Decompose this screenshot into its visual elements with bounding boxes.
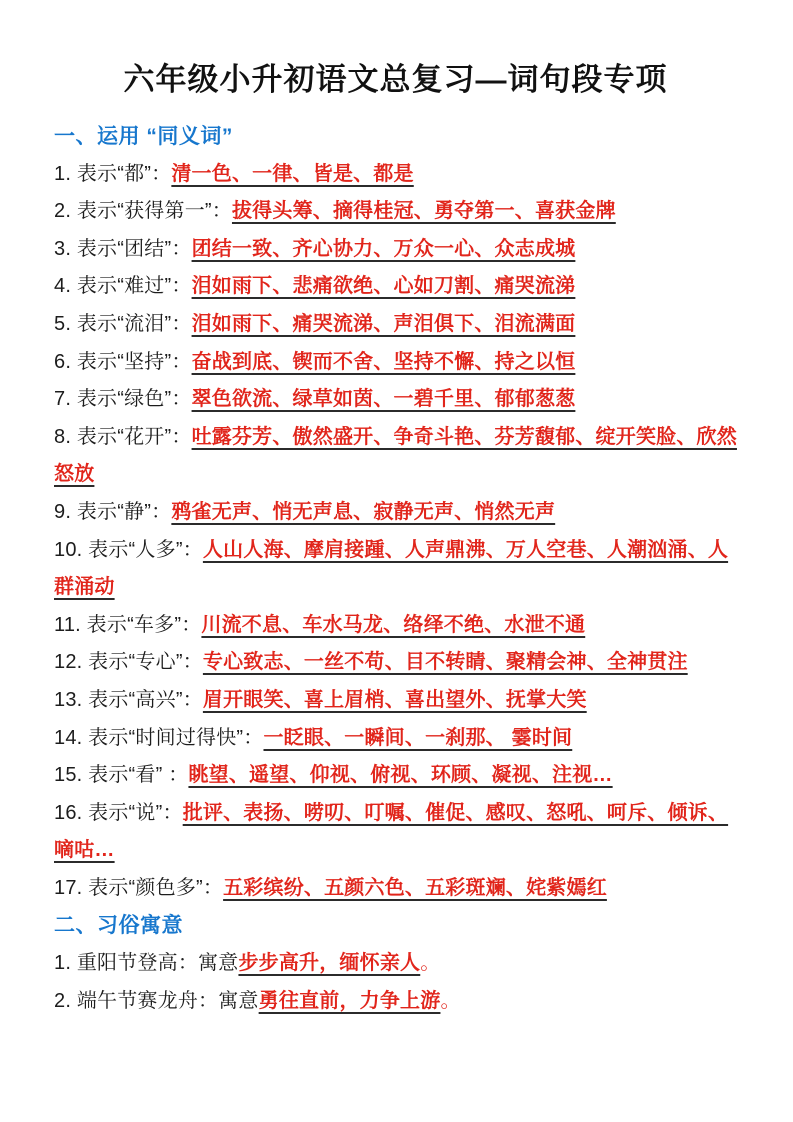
list-item: 4. 表示“难过”：泪如雨下、悲痛欲绝、心如刀割、痛哭流涕 [54, 268, 737, 306]
item-answer: 鸦雀无声、悄无声息、寂静无声、悄然无声 [171, 501, 555, 523]
item-answer: 团结一致、齐心协力、万众一心、众志成城 [192, 238, 576, 260]
item-suffix: 。 [440, 990, 460, 1012]
list-item: 17. 表示“颜色多”：五彩缤纷、五颜六色、五彩斑斓、姹紫嫣红 [54, 870, 737, 908]
item-prefix: 13. 表示“高兴”： [54, 689, 203, 711]
item-answer: 专心致志、一丝不苟、目不转睛、聚精会神、全神贯注 [203, 651, 688, 673]
item-prefix: 2. 表示“获得第一”： [54, 200, 232, 222]
item-suffix: 。 [420, 952, 440, 974]
list-item: 9. 表示“静”：鸦雀无声、悄无声息、寂静无声、悄然无声 [54, 494, 737, 532]
section2-heading: 二、习俗寓意 [54, 907, 737, 945]
item-prefix: 15. 表示“看” ： [54, 764, 188, 786]
item-answer: 勇往直前，力争上游 [259, 990, 441, 1012]
list-item: 12. 表示“专心”：专心致志、一丝不苟、目不转睛、聚精会神、全神贯注 [54, 644, 737, 682]
item-answer: 翠色欲流、绿草如茵、一碧千里、郁郁葱葱 [192, 388, 576, 410]
item-prefix: 5. 表示“流泪”： [54, 313, 192, 335]
item-answer: 眺望、遥望、仰视、俯视、环顾、凝视、注视… [188, 764, 612, 786]
list-item: 7. 表示“绿色”：翠色欲流、绿草如茵、一碧千里、郁郁葱葱 [54, 381, 737, 419]
item-prefix: 7. 表示“绿色”： [54, 388, 192, 410]
item-answer: 拔得头筹、摘得桂冠、勇夺第一、喜获金牌 [232, 200, 616, 222]
item-answer: 步步高升，缅怀亲人 [238, 952, 420, 974]
item-prefix: 11. 表示“车多”： [54, 614, 201, 636]
list-item: 11. 表示“车多”：川流不息、车水马龙、络绎不绝、水泄不通 [54, 607, 737, 645]
item-answer: 清一色、一律、皆是、都是 [171, 163, 413, 185]
list-item: 14. 表示“时间过得快”：一眨眼、一瞬间、一刹那、 霎时间 [54, 720, 737, 758]
item-answer: 川流不息、车水马龙、络绎不绝、水泄不通 [201, 614, 585, 636]
item-prefix: 2. 端午节赛龙舟：寓意 [54, 990, 259, 1012]
list-item: 6. 表示“坚持”：奋战到底、锲而不舍、坚持不懈、持之以恒 [54, 344, 737, 382]
list-item: 1. 重阳节登高：寓意步步高升，缅怀亲人。 [54, 945, 737, 983]
item-prefix: 4. 表示“难过”： [54, 275, 192, 297]
list-item: 1. 表示“都”：清一色、一律、皆是、都是 [54, 156, 737, 194]
item-prefix: 9. 表示“静”： [54, 501, 171, 523]
item-answer: 一眨眼、一瞬间、一刹那、 霎时间 [263, 727, 572, 749]
item-prefix: 10. 表示“人多”： [54, 539, 203, 561]
item-prefix: 17. 表示“颜色多”： [54, 877, 223, 899]
item-answer: 泪如雨下、悲痛欲绝、心如刀割、痛哭流涕 [192, 275, 576, 297]
item-prefix: 16. 表示“说”： [54, 802, 183, 824]
list-item: 5. 表示“流泪”：泪如雨下、痛哭流涕、声泪俱下、泪流满面 [54, 306, 737, 344]
item-prefix: 14. 表示“时间过得快”： [54, 727, 263, 749]
list-item: 13. 表示“高兴”：眉开眼笑、喜上眉梢、喜出望外、抚掌大笑 [54, 682, 737, 720]
item-answer: 泪如雨下、痛哭流涕、声泪俱下、泪流满面 [192, 313, 576, 335]
list-item: 8. 表示“花开”：吐露芬芳、傲然盛开、争奇斗艳、芬芳馥郁、绽开笑脸、欣然怒放 [54, 419, 737, 494]
list-item: 2. 表示“获得第一”：拔得头筹、摘得桂冠、勇夺第一、喜获金牌 [54, 193, 737, 231]
item-prefix: 8. 表示“花开”： [54, 426, 192, 448]
item-prefix: 1. 表示“都”： [54, 163, 171, 185]
list-item: 3. 表示“团结”：团结一致、齐心协力、万众一心、众志成城 [54, 231, 737, 269]
list-item: 2. 端午节赛龙舟：寓意勇往直前，力争上游。 [54, 983, 737, 1021]
item-prefix: 6. 表示“坚持”： [54, 351, 192, 373]
item-prefix: 1. 重阳节登高：寓意 [54, 952, 238, 974]
page-title: 六年级小升初语文总复习—词句段专项 [54, 58, 737, 102]
item-answer: 奋战到底、锲而不舍、坚持不懈、持之以恒 [192, 351, 576, 373]
list-item: 16. 表示“说”：批评、表扬、唠叨、叮嘱、催促、感叹、怒吼、呵斥、倾诉、嘀咕… [54, 795, 737, 870]
item-answer: 眉开眼笑、喜上眉梢、喜出望外、抚掌大笑 [203, 689, 587, 711]
section1-heading: 一、运用 “同义词” [54, 118, 737, 156]
item-answer: 五彩缤纷、五颜六色、五彩斑斓、姹紫嫣红 [223, 877, 607, 899]
item-prefix: 12. 表示“专心”： [54, 651, 203, 673]
document-page: 六年级小升初语文总复习—词句段专项 一、运用 “同义词” 1. 表示“都”：清一… [0, 0, 793, 1122]
list-item: 10. 表示“人多”：人山人海、摩肩接踵、人声鼎沸、万人空巷、人潮汹涌、人群涌动 [54, 532, 737, 607]
item-prefix: 3. 表示“团结”： [54, 238, 192, 260]
list-item: 15. 表示“看” ：眺望、遥望、仰视、俯视、环顾、凝视、注视… [54, 757, 737, 795]
